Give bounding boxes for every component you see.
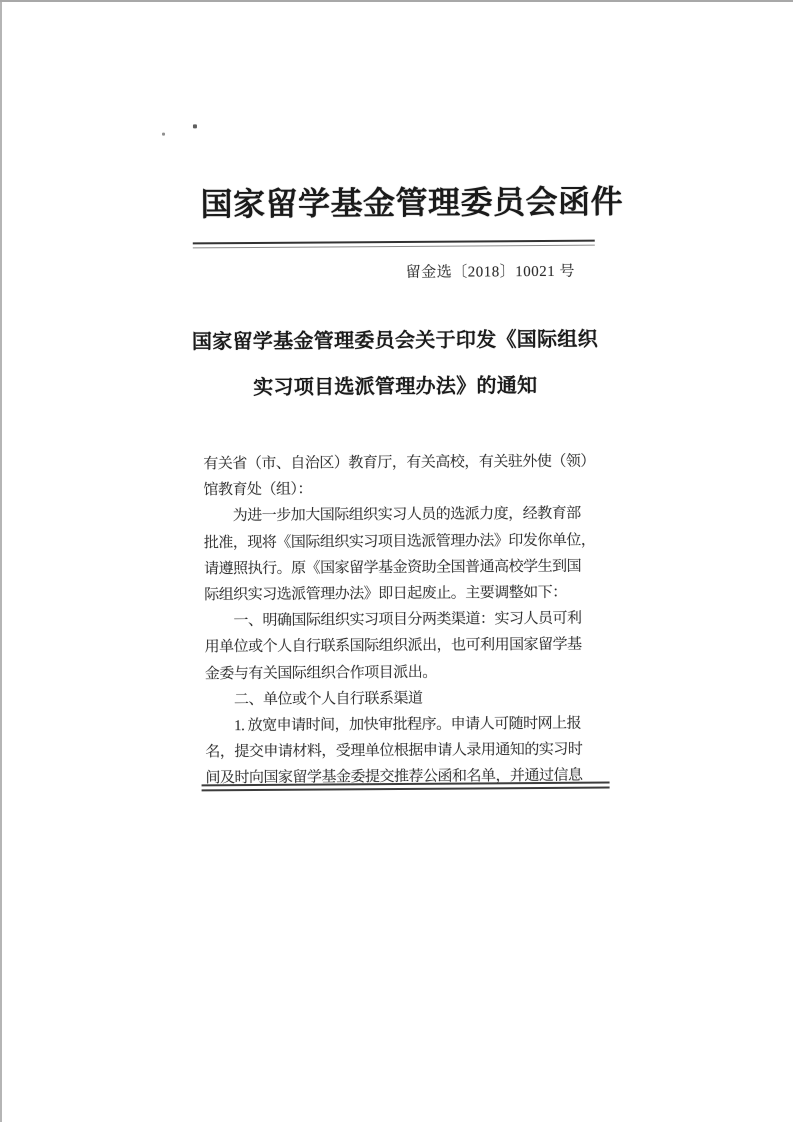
bottom-rule xyxy=(202,782,610,792)
body-line: 二、单位或个人自行联系渠道 xyxy=(205,684,613,713)
scan-tilt-wrapper: 国家留学基金管理委员会函件 留金选〔2018〕10021 号 国家留学基金管理委… xyxy=(0,0,793,1122)
letterhead-rule xyxy=(193,240,595,249)
body-line: 一、明确国际组织实习项目分两类渠道：实习人员可利 xyxy=(204,606,612,635)
subject-line-2: 实习项目选派管理办法》的通知 xyxy=(102,362,689,412)
subject-line-1: 国家留学基金管理委员会关于印发《国际组织 xyxy=(101,316,688,366)
body-line: 用单位或个人自行联系国际组织派出，也可利用国家留学基 xyxy=(205,632,613,661)
body-line: 馆教育处（组）： xyxy=(203,475,611,504)
subject-title: 国家留学基金管理委员会关于印发《国际组织 实习项目选派管理办法》的通知 xyxy=(101,316,689,412)
body-line: 请遵照执行。原《国家留学基金资助全国普通高校学生到国 xyxy=(204,553,612,582)
body-line: 批准，现将《国际组织实习项目选派管理办法》印发你单位， xyxy=(204,527,612,556)
body-line: 有关省（市、自治区）教育厅，有关高校，有关驻外使（领） xyxy=(203,448,611,477)
doc-number: 留金选〔2018〕10021 号 xyxy=(201,261,575,286)
body-text: 有关省（市、自治区）教育厅，有关高校，有关驻外使（领） 馆教育处（组）： 为进一… xyxy=(203,448,613,791)
scan-speck xyxy=(162,133,165,136)
body-line: 际组织实习选派管理办法》即日起废止。主要调整如下： xyxy=(204,579,612,608)
body-line: 金委与有关国际组织合作项目派出。 xyxy=(205,658,613,687)
document-page: 国家留学基金管理委员会函件 留金选〔2018〕10021 号 国家留学基金管理委… xyxy=(0,0,793,1122)
scan-speck xyxy=(193,124,197,128)
body-line: 为进一步加大国际组织实习人员的选派力度，经教育部 xyxy=(204,501,612,530)
body-line: 1. 放宽申请时间，加快审批程序。申请人可随时网上报 xyxy=(205,710,613,739)
letterhead-title: 国家留学基金管理委员会函件 xyxy=(200,183,596,224)
body-line: 名，提交申请材料，受理单位根据申请人录用通知的实习时 xyxy=(205,737,613,766)
